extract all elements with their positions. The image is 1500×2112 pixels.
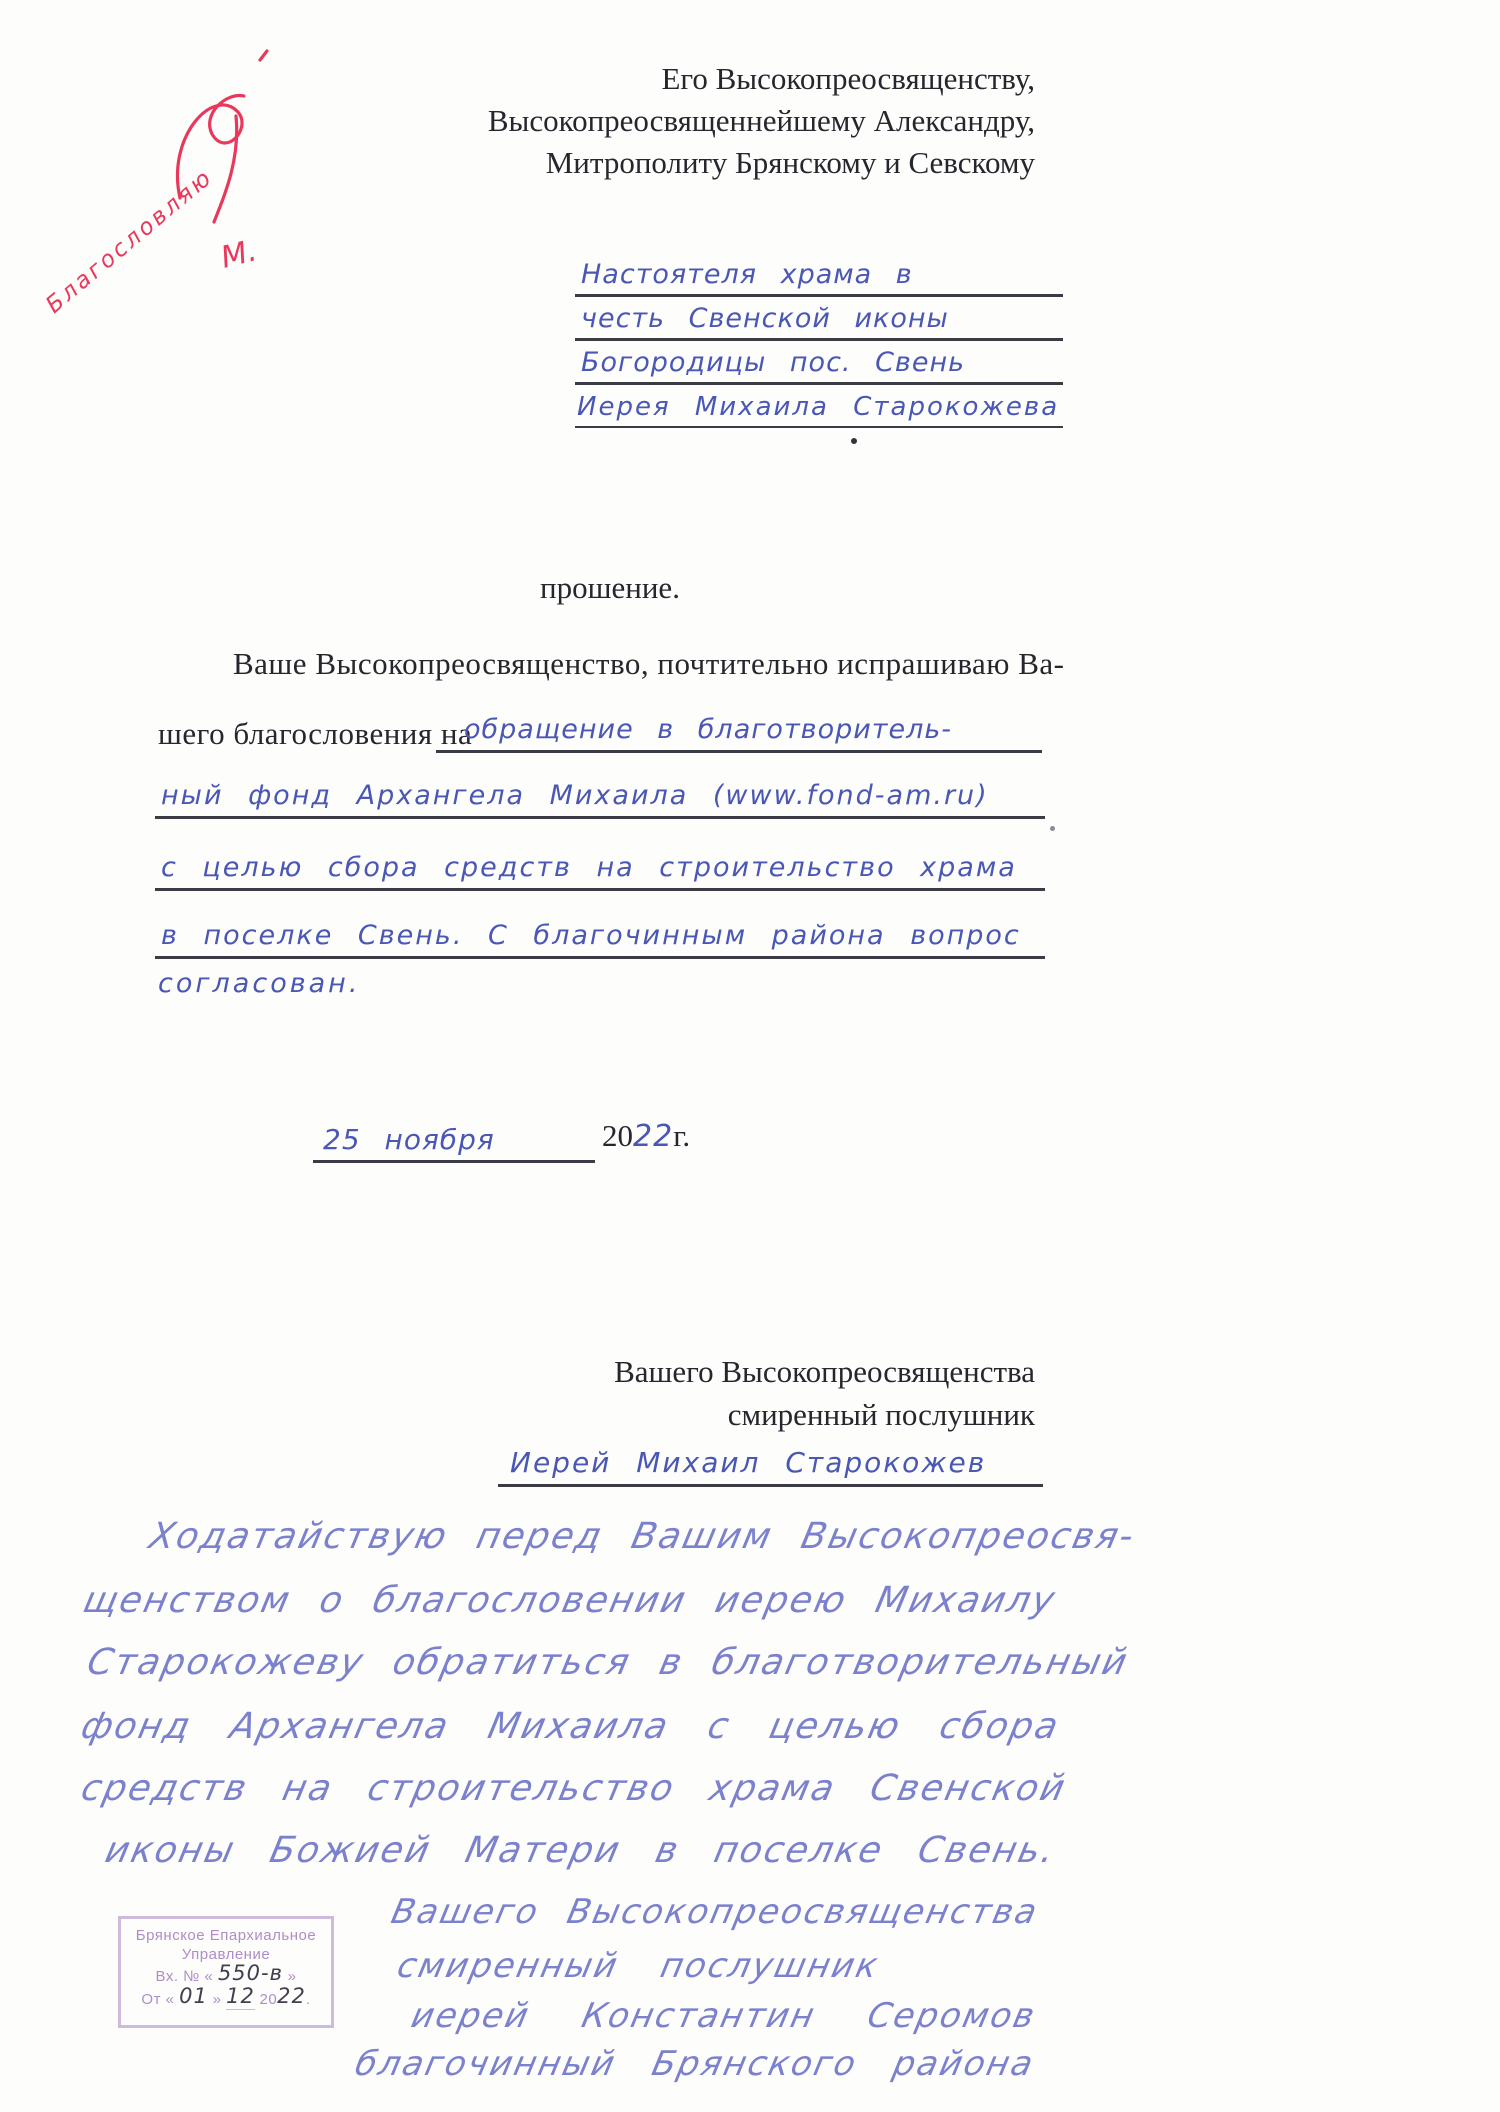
date-year-group: 2022г. xyxy=(602,1118,690,1154)
dean-line-8: смиренный послушник xyxy=(394,1946,883,1986)
stamp-quote-open-2: « xyxy=(166,1991,175,2008)
stamp-year-handwritten: 22 xyxy=(277,1984,306,2008)
date-year-handwritten: 22 xyxy=(633,1119,673,1154)
date-blank: 25 ноября xyxy=(313,1112,595,1163)
stamp-century: 20 xyxy=(259,1991,277,2008)
petition-intro-line-2: шего благословения на xyxy=(158,716,472,752)
recipient-block: Его Высокопреосвященству, Высокопреосвящ… xyxy=(420,58,1035,184)
fill-line-4: в поселке Свень. С благочинным района во… xyxy=(155,902,1045,959)
ink-dot xyxy=(1050,826,1055,831)
fill-line-2: ный фонд Архангела Михаила (www.fond-am.… xyxy=(155,762,1045,819)
stamp-quote-open: « xyxy=(204,1968,213,1985)
dean-line-1: Ходатайствую перед Вашим Высокопреосвя- xyxy=(146,1516,1139,1557)
addressee-text-1: Настоятеля храма в xyxy=(575,259,913,294)
addressee-line-3: Богородицы пос. Свень xyxy=(575,338,1063,385)
stamp-org-line-1: Брянское Епархиальное xyxy=(121,1926,331,1945)
stamp-incoming-row: Вх. № « 550-в » xyxy=(121,1965,331,1986)
red-resolution-text: Благословляю xyxy=(41,164,218,319)
dean-line-4: фонд Архангела Михаила с целью сбора xyxy=(78,1706,1064,1747)
red-initials: М. xyxy=(217,233,260,276)
ink-dot xyxy=(851,438,857,444)
dean-line-7: Вашего Высокопреосвященства xyxy=(388,1892,1042,1932)
stamp-month-blank: 12 xyxy=(226,1988,255,2010)
addressee-text-4: Иерея Михаила Старокожева xyxy=(575,392,1059,426)
fill-text-2: ный фонд Архангела Михаила (www.fond-am.… xyxy=(155,780,989,816)
dean-line-5: средств на строительство храма Свенской xyxy=(78,1768,1071,1809)
recipient-line-2: Высокопреосвященнейшему Александру, xyxy=(420,100,1035,142)
recipient-line-3: Митрополиту Брянскому и Севскому xyxy=(420,142,1035,184)
addressee-text-3: Богородицы пос. Свень xyxy=(575,347,965,382)
signature-line: Иерей Михаил Старокожев xyxy=(498,1436,1043,1487)
fill-line-3: с целью сбора средств на строительство х… xyxy=(155,834,1045,891)
fill-text-3: с целью сбора средств на строительство х… xyxy=(155,852,1017,888)
stamp-date-label: От xyxy=(141,1991,161,2008)
dean-line-9: иерей Константин Серомов xyxy=(408,1996,1040,2036)
stamp-in-number-handwritten: 550-в xyxy=(218,1961,283,1985)
petition-intro-line-1: Ваше Высокопреосвященство, почтительно и… xyxy=(233,646,1064,682)
addressee-text-2: честь Свенской иконы xyxy=(575,303,949,338)
red-flourish-tail xyxy=(214,116,237,222)
closing-block: Вашего Высокопреосвященства смиренный по… xyxy=(435,1350,1035,1436)
closing-line-2: смиренный послушник xyxy=(435,1393,1035,1436)
addressee-line-2: честь Свенской иконы xyxy=(575,294,1063,341)
stamp-day-handwritten: 01 xyxy=(179,1984,208,2008)
date-century: 20 xyxy=(602,1118,633,1153)
red-tick xyxy=(260,51,267,60)
date-suffix: г. xyxy=(673,1118,690,1153)
dean-line-10: благочинный Брянского района xyxy=(352,2044,1039,2084)
fill-line-1: обращение в благотворитель- xyxy=(436,698,1042,753)
petition-title: прошение. xyxy=(160,570,1060,606)
fill-text-1: обращение в благотворитель- xyxy=(436,714,952,750)
stamp-quote-close: » xyxy=(288,1968,297,1985)
dean-line-2: щенством о благословении иерею Михаилу xyxy=(80,1580,1060,1621)
closing-line-1: Вашего Высокопреосвященства xyxy=(435,1350,1035,1393)
stamp-in-label: Вх. № xyxy=(155,1968,199,1985)
registration-stamp: Брянское Епархиальное Управление Вх. № «… xyxy=(118,1916,334,2028)
stamp-month-handwritten: 12 xyxy=(226,1984,255,2008)
dean-line-3: Старокожеву обратиться в благотворительн… xyxy=(84,1642,1133,1683)
stamp-date-row: От « 01 » 12 2022. xyxy=(121,1988,331,2010)
red-resolution-mark: Благословляю М. xyxy=(28,36,338,336)
addressee-line-4: Иерея Михаила Старокожева xyxy=(575,382,1063,428)
scanned-petition-document: Благословляю М. Его Высокопреосвященству… xyxy=(0,0,1500,2112)
dean-line-6: иконы Божией Матери в поселке Свень. xyxy=(102,1830,1060,1871)
stamp-quote-close-2: » xyxy=(213,1991,222,2008)
signature-text: Иерей Михаил Старокожев xyxy=(498,1446,986,1484)
stamp-period: . xyxy=(306,1991,311,2008)
date-handwritten: 25 ноября xyxy=(313,1123,495,1160)
fill-text-4: в поселке Свень. С благочинным района во… xyxy=(155,920,1021,956)
addressee-line-1: Настоятеля храма в xyxy=(575,250,1063,297)
fill-text-5: согласован. xyxy=(158,968,360,999)
recipient-line-1: Его Высокопреосвященству, xyxy=(420,58,1035,100)
